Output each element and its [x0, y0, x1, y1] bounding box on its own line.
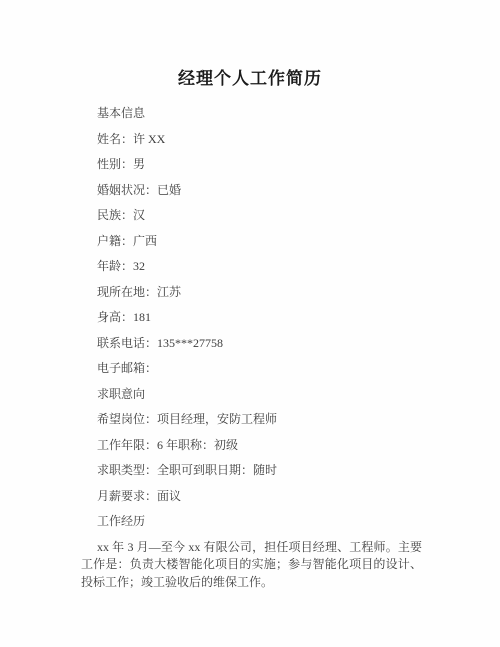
- field-current-location: 现所在地：江苏: [81, 284, 422, 302]
- field-age-value: 32: [133, 259, 145, 273]
- field-work-years: 工作年限：6 年职称：初级: [81, 437, 422, 455]
- field-name: 姓名：许 XX: [81, 131, 422, 149]
- field-household-registration: 户籍：广西: [81, 233, 422, 251]
- field-job-type-label: 求职类型：: [97, 463, 157, 477]
- section-heading-basic-info: 基本信息: [81, 105, 422, 123]
- field-ethnicity-value: 汉: [133, 208, 145, 222]
- field-phone-label: 联系电话：: [97, 336, 157, 350]
- field-salary-requirement-value: 面议: [157, 489, 181, 503]
- field-marital-status-value: 已婚: [157, 183, 181, 197]
- field-age: 年龄：32: [81, 258, 422, 276]
- field-phone-value: 135***27758: [157, 336, 223, 350]
- field-household-registration-value: 广西: [133, 234, 157, 248]
- field-ethnicity-label: 民族：: [97, 208, 133, 222]
- resume-document-page: 经理个人工作简历 基本信息 姓名：许 XX 性别：男 婚姻状况：已婚 民族：汉 …: [0, 0, 500, 647]
- page-title: 经理个人工作简历: [0, 11, 500, 91]
- field-email-label: 电子邮箱：: [97, 361, 157, 375]
- field-height-label: 身高：: [97, 310, 133, 324]
- field-name-value: 许 XX: [133, 132, 165, 146]
- field-marital-status: 婚姻状况：已婚: [81, 182, 422, 200]
- field-desired-position-value: 项目经理，安防工程师: [157, 412, 277, 426]
- field-marital-status-label: 婚姻状况：: [97, 183, 157, 197]
- field-desired-position-label: 希望岗位：: [97, 412, 157, 426]
- section-heading-job-intention: 求职意向: [81, 386, 422, 404]
- field-gender: 性别：男: [81, 156, 422, 174]
- section-heading-work-experience: 工作经历: [81, 513, 422, 531]
- field-job-type-value: 全职可到职日期：随时: [157, 463, 277, 477]
- field-height-value: 181: [133, 310, 151, 324]
- field-job-type: 求职类型：全职可到职日期：随时: [81, 462, 422, 480]
- field-work-years-value: 6 年职称：初级: [157, 438, 238, 452]
- work-experience-paragraph: xx 年 3 月—至今 xx 有限公司，担任项目经理、工程师。主要工作是：负责大…: [81, 539, 422, 592]
- field-phone: 联系电话：135***27758: [81, 335, 422, 353]
- field-gender-value: 男: [133, 157, 145, 171]
- field-age-label: 年龄：: [97, 259, 133, 273]
- field-salary-requirement: 月薪要求：面议: [81, 488, 422, 506]
- field-gender-label: 性别：: [97, 157, 133, 171]
- field-salary-requirement-label: 月薪要求：: [97, 489, 157, 503]
- field-work-years-label: 工作年限：: [97, 438, 157, 452]
- field-current-location-value: 江苏: [157, 285, 181, 299]
- field-ethnicity: 民族：汉: [81, 207, 422, 225]
- field-name-label: 姓名：: [97, 132, 133, 146]
- field-current-location-label: 现所在地：: [97, 285, 157, 299]
- resume-body: 基本信息 姓名：许 XX 性别：男 婚姻状况：已婚 民族：汉 户籍：广西 年龄：…: [81, 105, 422, 591]
- field-desired-position: 希望岗位：项目经理，安防工程师: [81, 411, 422, 429]
- field-email: 电子邮箱：: [81, 360, 422, 378]
- field-household-registration-label: 户籍：: [97, 234, 133, 248]
- field-height: 身高：181: [81, 309, 422, 327]
